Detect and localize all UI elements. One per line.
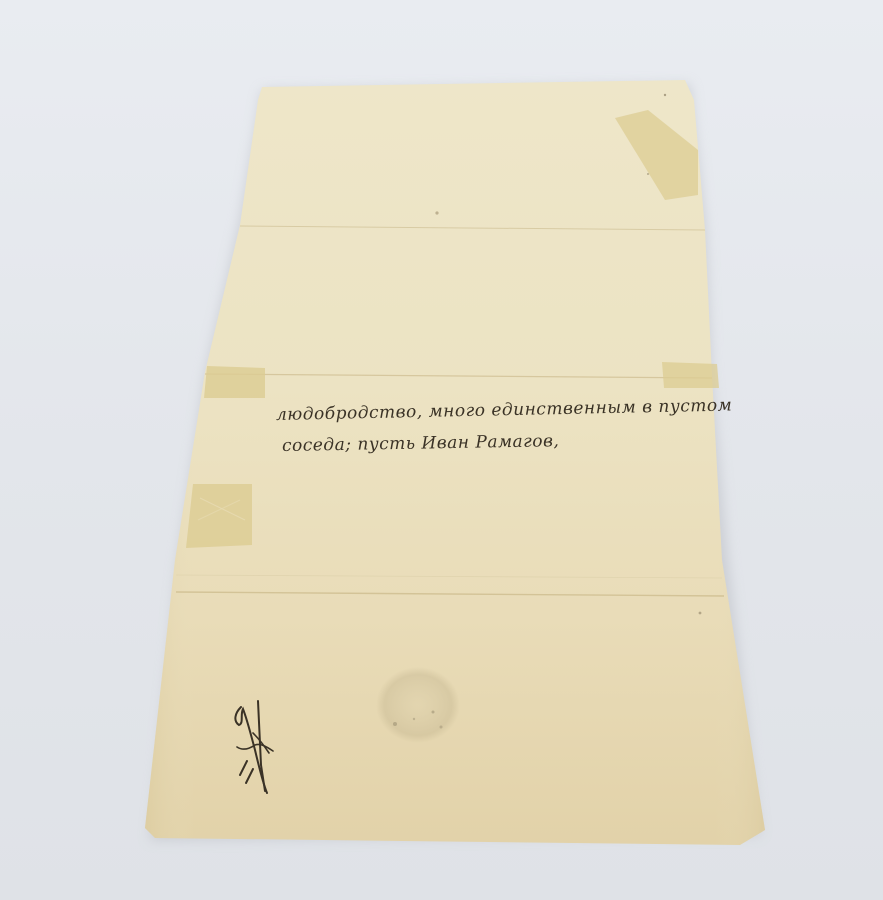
tape-right-middle [662, 362, 719, 388]
photo-scene: людобродство, много единственным в пусто… [0, 0, 883, 900]
faded-stamp [376, 667, 460, 743]
tape-left-middle [204, 366, 265, 398]
tape-left-lower [186, 484, 252, 548]
signature-mark [225, 695, 285, 795]
